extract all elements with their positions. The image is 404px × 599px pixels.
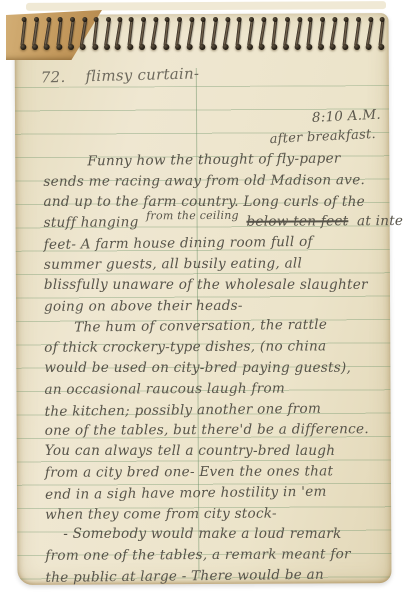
coil-ball-top	[177, 17, 182, 22]
handwriting-line: The hum of conversation, the rattle	[44, 314, 386, 339]
coil-ball-bottom	[20, 44, 26, 50]
coil-wire	[319, 19, 326, 46]
coil-wire	[68, 19, 75, 46]
spiral-coil	[232, 17, 245, 51]
coil-ball-bottom	[175, 44, 181, 50]
handwriting-line: sends me racing away from old Madison av…	[43, 170, 385, 193]
coil-ball-top	[213, 17, 218, 22]
coil-wire	[44, 19, 51, 46]
coil-ball-top	[320, 17, 325, 22]
coil-wire	[259, 19, 266, 46]
coil-wire	[32, 19, 39, 46]
coil-ball-top	[57, 17, 62, 22]
coil-ball-bottom	[247, 44, 253, 50]
page-title: flimsy curtain-	[85, 64, 199, 85]
spiral-coil	[316, 17, 328, 51]
spiral-coil	[376, 17, 389, 51]
spiral-coil	[352, 17, 364, 51]
coil-ball-bottom	[330, 44, 336, 50]
coil-wire	[330, 19, 337, 46]
spiral-coil	[66, 17, 78, 51]
coil-ball-bottom	[199, 44, 205, 50]
spiral-coil	[161, 17, 174, 51]
notebook-photo: 72.flimsy curtain- 8:10 A.M. after break…	[0, 0, 404, 599]
dateline: 8:10 A.M. after breakfast.	[268, 107, 382, 147]
handwriting-line: the kitchen; possibly another one from	[44, 398, 386, 423]
coil-wire	[92, 19, 98, 46]
coil-ball-bottom	[32, 44, 38, 50]
coil-ball-bottom	[151, 44, 157, 50]
coil-wire	[343, 19, 349, 46]
coil-ball-top	[93, 17, 98, 22]
coil-wire	[175, 19, 182, 46]
coil-ball-bottom	[222, 44, 228, 50]
spiral-coil	[245, 17, 257, 51]
coil-ball-bottom	[378, 44, 384, 50]
spiral-coil	[364, 17, 377, 51]
spiral-coil	[197, 17, 210, 51]
spiral-coil	[18, 17, 31, 51]
handwriting-line: from one of the tables, a remark meant f…	[45, 544, 387, 567]
coil-ball-bottom	[211, 44, 217, 50]
coil-ball-top	[236, 17, 241, 22]
coil-ball-top	[297, 17, 302, 22]
handwriting-line: summer guests, all busily eating, all	[44, 253, 386, 276]
coil-wire	[378, 19, 384, 46]
handwriting-line: would be used on city-bred paying guests…	[44, 358, 386, 379]
coil-ball-bottom	[187, 44, 193, 50]
coil-ball-top	[106, 17, 111, 22]
coil-ball-bottom	[163, 44, 169, 50]
coil-wire	[235, 19, 241, 46]
handwriting-line: blissfully unaware of the wholesale slau…	[44, 275, 386, 296]
spiral-coil	[89, 17, 102, 51]
spiral-coil	[281, 17, 293, 51]
coil-wire	[187, 19, 194, 46]
spiral-coil	[173, 17, 185, 51]
coil-ball-top	[34, 17, 39, 22]
coil-wire	[20, 19, 26, 46]
page-heading: 72.flimsy curtain-	[41, 64, 200, 86]
spiral-binding	[18, 17, 388, 52]
handwritten-body: Funny how the thought of fly-paper sends…	[43, 149, 387, 588]
handwriting-line: You can always tell a country-bred laugh	[45, 441, 387, 462]
coil-wire	[164, 19, 170, 46]
struck-through-text: below ten feet	[246, 214, 348, 231]
spiral-coil	[209, 17, 221, 51]
spiral-coil	[268, 17, 281, 51]
coil-ball-top	[333, 17, 338, 22]
back-sheet-edge	[26, 1, 386, 11]
spiral-coil	[30, 17, 42, 51]
handwriting-line: one of the tables, but there'd be a diff…	[45, 419, 387, 442]
coil-wire	[223, 19, 230, 46]
spiral-coil	[185, 17, 198, 51]
coil-wire	[211, 19, 218, 46]
handwriting-line: feet- A farm house dining room full of	[44, 231, 386, 256]
coil-ball-top	[82, 17, 87, 22]
spiral-coil	[53, 17, 66, 51]
coil-wire	[115, 19, 122, 46]
coil-ball-top	[285, 17, 290, 22]
coil-wire	[354, 19, 361, 46]
coil-ball-bottom	[128, 44, 134, 50]
coil-ball-top	[129, 17, 134, 22]
handwriting-line: - Somebody would make a loud remark	[45, 524, 387, 545]
spiral-coil	[340, 17, 353, 51]
coil-ball-top	[272, 17, 277, 22]
coil-wire	[199, 19, 205, 46]
coil-ball-bottom	[79, 44, 85, 50]
coil-ball-top	[249, 17, 254, 22]
spiral-coil	[256, 17, 269, 51]
spiral-coil	[220, 17, 233, 51]
coil-ball-top	[141, 17, 146, 22]
coil-ball-bottom	[104, 44, 110, 50]
handwriting-line: when they come from city stock-	[45, 503, 387, 526]
coil-ball-bottom	[343, 44, 349, 50]
handwriting-line: from a city bred one- Even the ones that	[45, 461, 387, 484]
spiral-coil	[137, 17, 149, 51]
coil-ball-bottom	[43, 44, 49, 50]
coil-wire	[294, 19, 301, 46]
coil-wire	[56, 19, 62, 46]
handwriting-line: the public at large - There would be an	[45, 564, 387, 589]
coil-wire	[104, 19, 111, 46]
coil-ball-bottom	[271, 44, 277, 50]
handwriting-line: an occasional raucous laugh from	[44, 378, 386, 401]
coil-ball-bottom	[92, 44, 98, 50]
coil-wire	[283, 19, 290, 46]
coil-ball-bottom	[294, 44, 300, 50]
coil-ball-bottom	[68, 44, 74, 50]
coil-wire	[307, 19, 313, 46]
coil-ball-bottom	[56, 44, 62, 50]
coil-ball-top	[261, 17, 266, 22]
handwriting-line: end in a sigh have more hostility in 'em	[45, 481, 387, 506]
spiral-coil	[304, 17, 317, 51]
coil-wire	[151, 19, 158, 46]
coil-ball-bottom	[307, 44, 313, 50]
spiral-coil	[41, 17, 54, 51]
coil-ball-top	[356, 17, 361, 22]
spiral-coil	[125, 17, 138, 51]
inserted-text-above-line: from the ceiling	[146, 209, 239, 222]
coil-wire	[271, 19, 277, 46]
handwriting-line: Funny how the thought of fly-paper	[43, 148, 385, 173]
coil-ball-top	[225, 17, 230, 22]
coil-ball-bottom	[258, 44, 264, 50]
coil-wire	[128, 19, 134, 46]
coil-ball-top	[46, 17, 51, 22]
coil-wire	[80, 19, 87, 46]
coil-ball-top	[22, 17, 27, 22]
coil-ball-top	[154, 17, 159, 22]
page-number: 72.	[41, 68, 66, 87]
coil-wire	[247, 19, 254, 46]
coil-ball-bottom	[139, 44, 145, 50]
coil-ball-bottom	[235, 44, 241, 50]
notebook-page: 72.flimsy curtain- 8:10 A.M. after break…	[15, 13, 392, 585]
edit-line-after: at intervals of ten	[357, 213, 404, 230]
coil-ball-bottom	[354, 44, 360, 50]
handwriting-line: of thick crockery-type dishes, (no china	[44, 336, 386, 359]
coil-wire	[366, 19, 373, 46]
edit-line-before: stuff hanging	[44, 215, 139, 231]
coil-ball-bottom	[283, 44, 289, 50]
coil-ball-top	[70, 17, 75, 22]
coil-ball-bottom	[115, 44, 121, 50]
coil-ball-top	[308, 17, 313, 22]
coil-ball-bottom	[366, 44, 372, 50]
coil-ball-bottom	[318, 44, 324, 50]
coil-ball-top	[118, 17, 123, 22]
coil-wire	[139, 19, 146, 46]
spiral-coil	[77, 17, 90, 51]
